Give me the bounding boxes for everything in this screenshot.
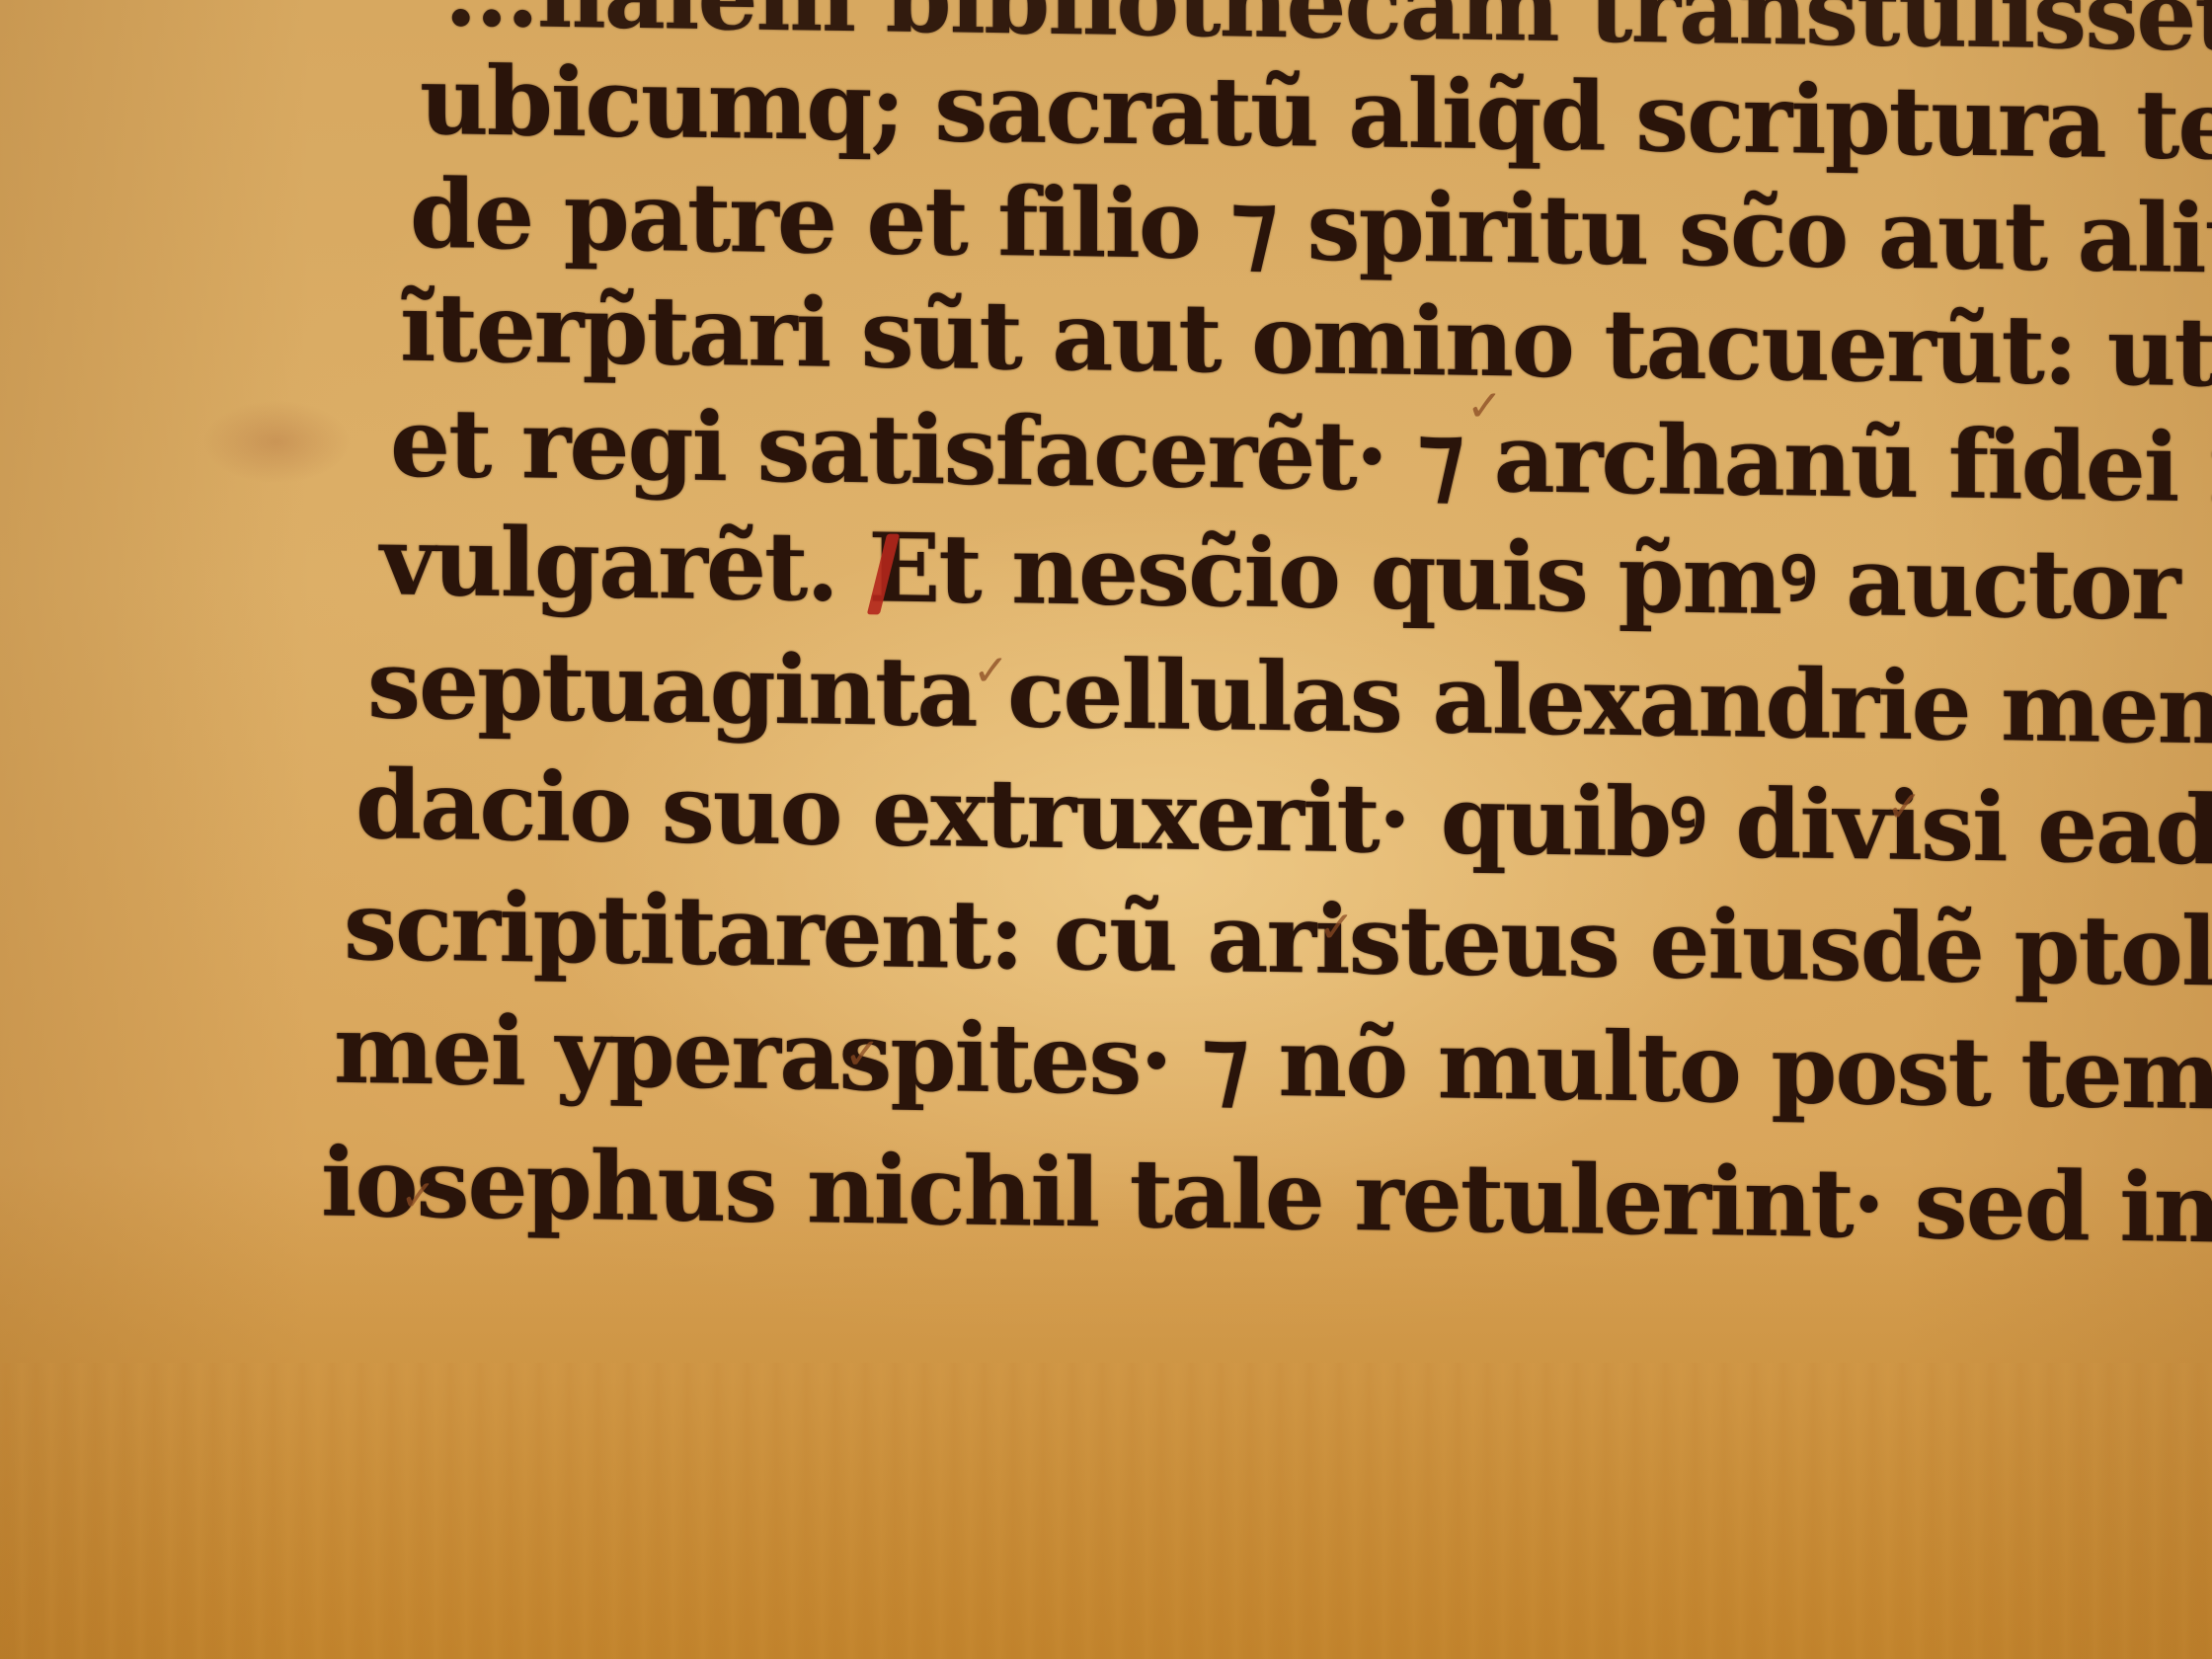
text-column: …nalem bibliothecam transtulisset … ubic… [0, 0, 2212, 1413]
text-line-5-content: vulgarẽt. Et nesc̃io quis p̃mꝰ auctor [380, 505, 2179, 641]
text-line-1: ubicumq; sacratũ aliq̃d scriptura testat… [420, 53, 2212, 177]
text-line-10: iosephus nichil tale retulerint· sed in [321, 1136, 2212, 1257]
corrector-check-mark: ✓ [844, 1029, 881, 1080]
text-line-2: de patre et filio ⁊ spiritu sc̃o aut ali… [410, 167, 2212, 288]
text-line-9: mei yperaspites· ⁊ nõ multo post tempe [334, 1002, 2212, 1125]
text-line-6: septuaginta cellulas alexandrie men= [367, 637, 2212, 758]
text-line-5: vulgarẽt. Et nesc̃io quis p̃mꝰ auctor [380, 513, 2179, 633]
text-line-3: ĩterp̃tari sũt aut omino tacuerũt: ut [400, 280, 2212, 401]
text-line-7: dacio suo extruxerit· quibꝰ divisi eadẽ [355, 757, 2212, 879]
corrector-check-mark: ✓ [1886, 782, 1923, 833]
text-line-4: et regi satisfacerẽt· ⁊ archanũ fidei nõ [390, 396, 2212, 518]
corrector-check-mark: ✓ [973, 646, 1009, 697]
corrector-check-mark: ✓ [1318, 903, 1355, 954]
corrector-check-mark: ✓ [400, 1171, 436, 1223]
corrector-check-mark: ✓ [1466, 381, 1503, 433]
text-line-8: scriptitarent: cũ aristeus eiusdẽ ptolo= [344, 879, 2212, 1001]
